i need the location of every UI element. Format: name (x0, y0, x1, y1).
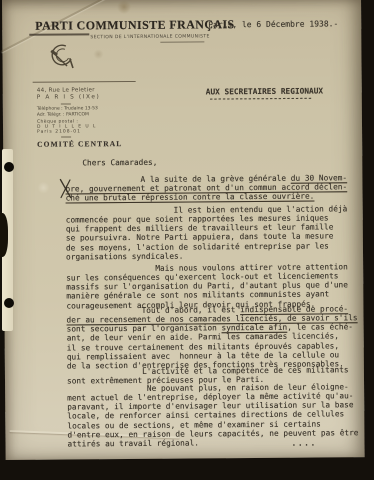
body-line: ché une brutale répression contre la cla… (66, 192, 348, 203)
text-segment: attirés au travail régional. (67, 438, 199, 448)
body-line: organisations syndicales. (66, 250, 348, 261)
text-segment: organisations syndicales. (66, 251, 183, 261)
paragraph: A la suite de la grève générale du 30 No… (65, 173, 347, 203)
scanned-letter-page: PARTI COMMUNISTE FRANÇAIS SECTION DE L'I… (0, 0, 374, 480)
page-edge-strip (2, 149, 13, 331)
text-segment: , le cas éché- (287, 323, 353, 333)
underlined-text: du 30 Novem- (291, 173, 347, 182)
edge-notch (0, 213, 8, 257)
text-segment: de ses moyens, l'action de solidarité en… (66, 241, 329, 252)
punch-hole (4, 162, 14, 172)
paragraph: Mais nous voulons attirer votre attentio… (66, 262, 348, 310)
paragraph: Il est bien entendu que l'action déjàcom… (66, 204, 348, 261)
underlined-text: ché une brutale répression contre la cla… (66, 192, 315, 203)
punch-hole (4, 298, 14, 308)
underlined-text: syndicale afin (221, 323, 287, 333)
continuation-dots: .... (291, 439, 316, 448)
letter-paper: PARTI COMMUNISTE FRANÇAIS SECTION DE L'I… (2, 0, 365, 460)
paragraph: Tout d'abord, il est indispensable de pr… (66, 304, 358, 370)
letter-body: A la suite de la grève générale du 30 No… (64, 0, 370, 459)
